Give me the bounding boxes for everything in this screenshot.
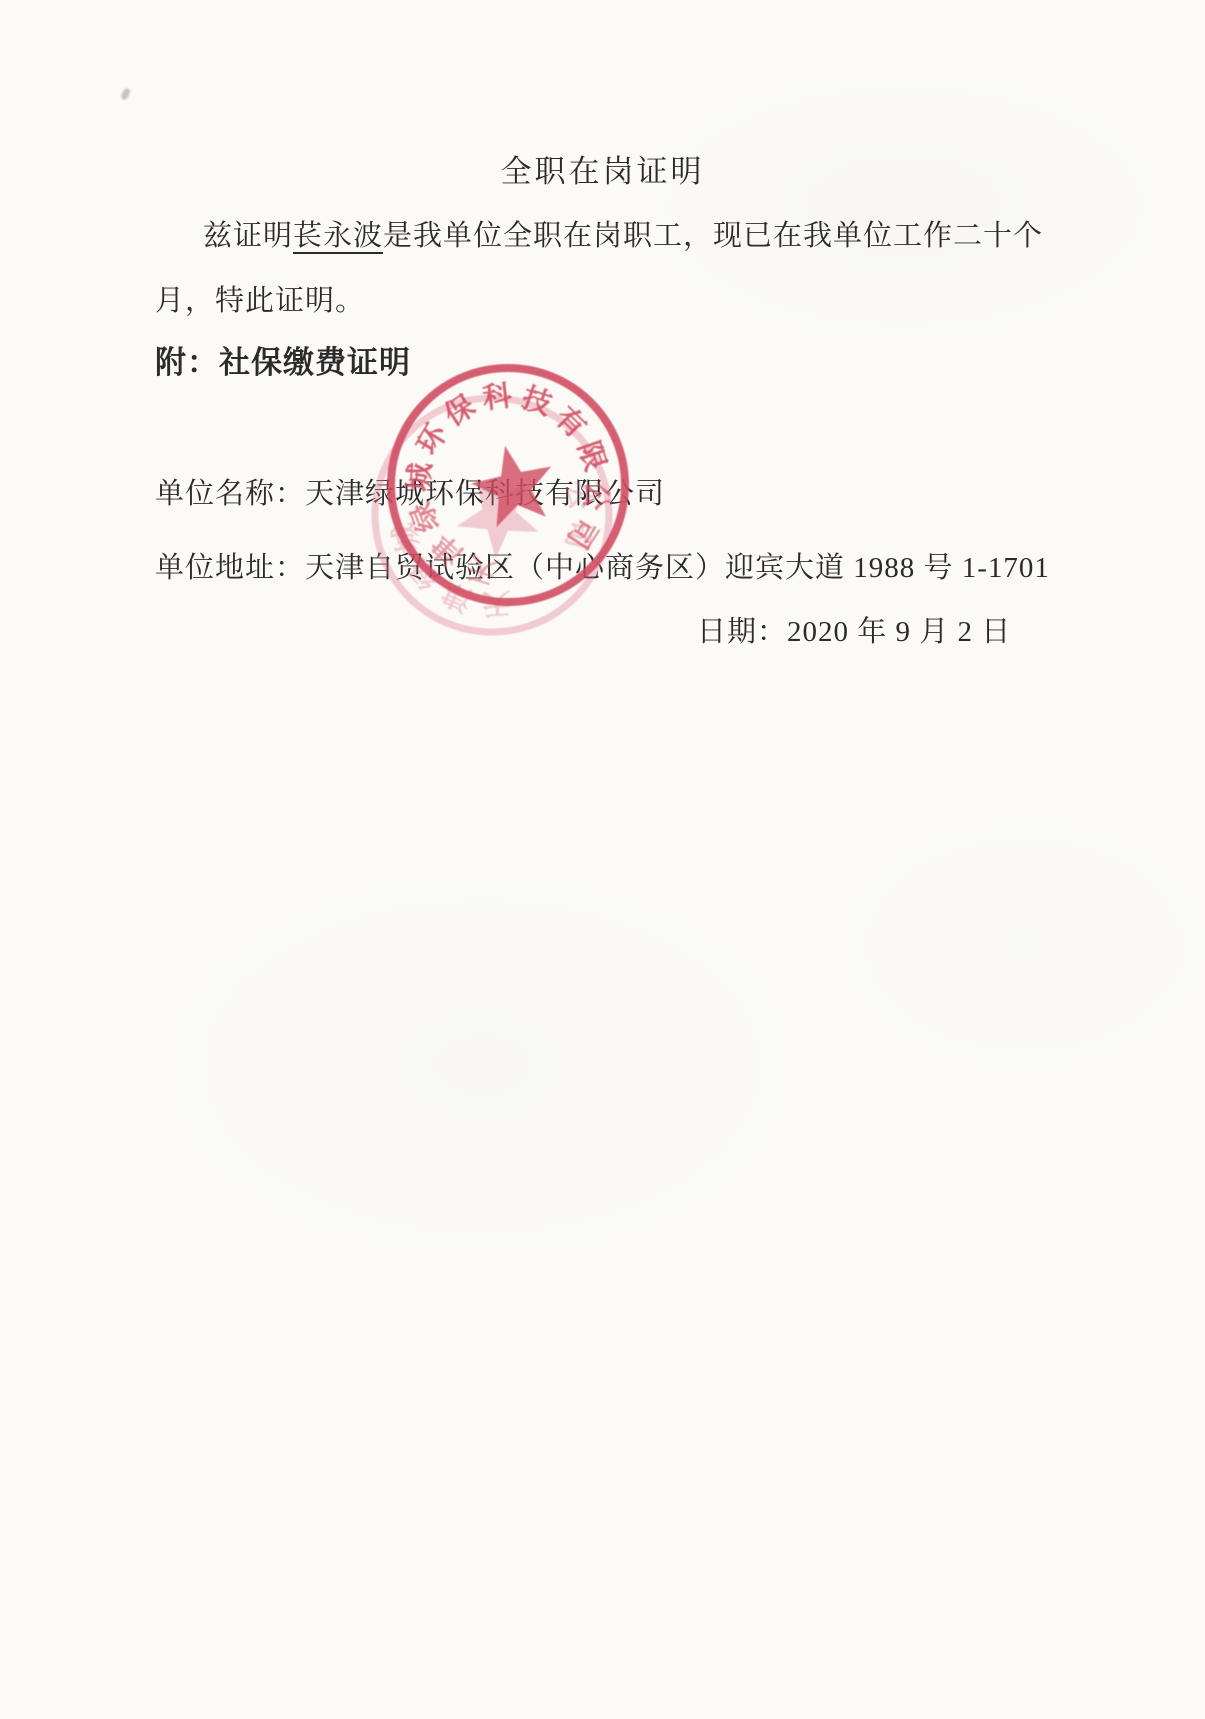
stamp-char: 保 <box>439 389 481 432</box>
certificate-page: 全职在岗证明 兹证明苌永波是我单位全职在岗职工，现已在我单位工作二十个 月，特此… <box>0 0 1205 1719</box>
body-line-1-prefix: 兹证明 <box>203 220 293 252</box>
company-name-label: 单位名称： <box>155 478 305 510</box>
stamp-char: 公 <box>578 479 613 512</box>
scan-speck <box>120 87 131 101</box>
stamp-main-impression: 天 津 绿 城 环 保 科 技 有 限 公 司 <box>391 368 625 602</box>
body-line-1-suffix: 是我单位全职在岗职工，现已在我单位工作二十个 <box>383 220 1043 252</box>
date-line: 日期：2020 年 9 月 2 日 <box>697 609 1011 650</box>
stamp-char: 限 <box>571 437 612 475</box>
stamp-char: 有 <box>549 401 593 445</box>
company-address-label: 单位地址： <box>155 552 305 584</box>
body-line-1: 兹证明苌永波是我单位全职在岗职工，现已在我单位工作二十个 <box>155 213 1043 254</box>
stamp-char: 科 <box>481 378 514 415</box>
company-seal-stamp: 天 津 绿 城 公 司 天 津 绿 城 环 保 科 技 有 限 <box>328 305 688 665</box>
stamp-char: 城 <box>402 461 437 493</box>
page-title: 全职在岗证明 <box>0 146 1205 191</box>
employee-name: 苌永波 <box>293 220 383 252</box>
